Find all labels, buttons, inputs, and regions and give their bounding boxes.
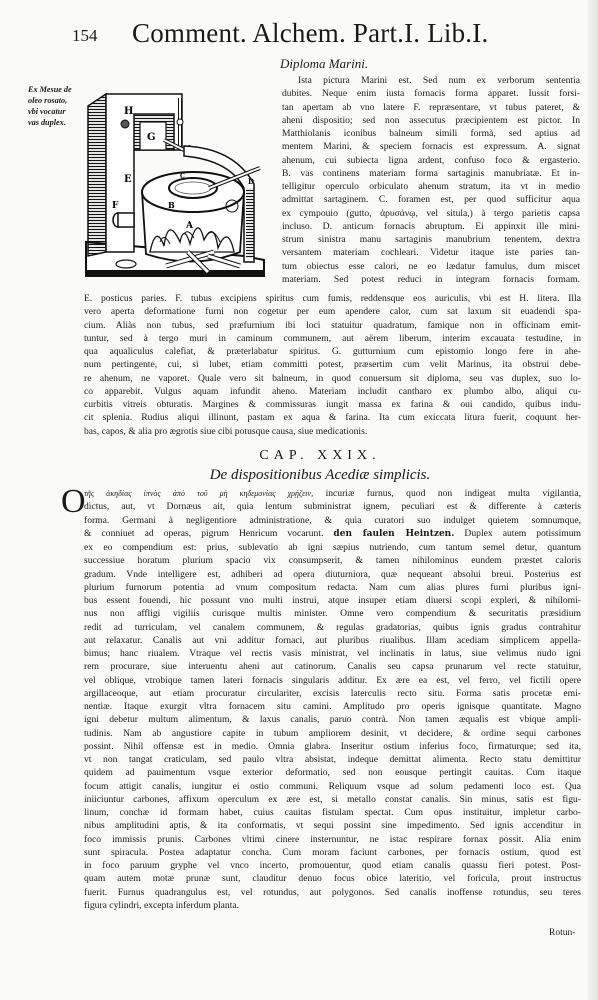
book-page: 154 Comment. Alchem. Part.I. Lib.I. Dipl…: [0, 0, 598, 1000]
text-line: foco immissis prunis. Carbones vltimi ci…: [84, 833, 581, 846]
text-line: vero aperta deformatione furni non coget…: [84, 305, 581, 318]
paragraph-diploma-marini: Ista pictura Marini est. Sed num ex verb…: [282, 74, 580, 286]
text-line: redit ad turriculam, vel canalem commune…: [84, 621, 581, 634]
text-line: ex cympouio (gutto, ἀρυσάνῳ, vel situla,…: [282, 207, 580, 220]
text-line: & conniuet ad operas, pigrum Henricum vo…: [84, 527, 581, 541]
text-line: strum sinistra manu sartaginis manubrium…: [282, 233, 580, 246]
text-line: co apparebit. Vulgus aquam infundit ahen…: [84, 385, 581, 398]
svg-text:E: E: [124, 174, 132, 185]
svg-text:A: A: [185, 221, 194, 231]
text-line: vt non tangat craticulam, sed paulo vltr…: [84, 753, 581, 766]
margin-note-line: Ex Mesue de: [28, 84, 92, 95]
drop-cap: O: [61, 487, 86, 517]
text-segment: & conniuet ad operas, pigrum Henricum vo…: [84, 528, 323, 539]
svg-text:D: D: [248, 177, 254, 186]
text-line: admittat sartaginem. C. foramen est, per…: [282, 193, 580, 206]
text-line: telligitur operculo orbiculato ahenum st…: [282, 180, 580, 193]
text-line: iniiciuntur carbones, affixum operculum …: [84, 793, 581, 806]
text-line: vel oblique, vtrobique tamen lateri forn…: [84, 674, 581, 687]
text-line: Ista pictura Marini est. Sed num ex verb…: [282, 74, 580, 87]
text-line: curbitis vitreis obturatis. Margines & c…: [84, 398, 581, 411]
text-line: tum obiectus esse calori, ne eo lædatur …: [282, 260, 580, 273]
text-line: ahenum, cui subiecta ligna ardent, confu…: [282, 154, 580, 167]
text-line: focum attigit canalis, iungitur ei ostio…: [84, 780, 581, 793]
text-line: re ahenum, ne vaporet. Quale vero sit ba…: [84, 372, 581, 385]
page-header: 154 Comment. Alchem. Part.I. Lib.I.: [72, 18, 542, 52]
text-line: E. posticus paries. F. tubus excipiens s…: [84, 292, 581, 305]
svg-text:F: F: [112, 201, 119, 211]
running-head: Comment. Alchem. Part.I. Lib.I.: [132, 18, 488, 49]
text-line: gradum. Vnde intelligere est, adhiberi a…: [84, 568, 581, 581]
chapter-heading: CAP. XXIX.: [60, 448, 580, 464]
svg-text:C: C: [180, 173, 185, 180]
chapter-title: De dispositionibus Acediæ simplicis.: [60, 467, 580, 484]
text-line: igni debetur multum alimentum, & laxus c…: [84, 713, 581, 726]
text-line: forma. Germani à negligentiore administr…: [84, 514, 581, 527]
text-line: in foco paruum gryphe vel vnco incerto, …: [84, 859, 581, 872]
text-line: bas, capos, & alia pro ægrotis siue cibi…: [84, 425, 581, 438]
text-line: tudinis. Nam ab angustiore capite in tub…: [84, 727, 581, 740]
text-line: possint. Nihil offensæ est in medio. Omn…: [84, 740, 581, 753]
catchword: Rotun-: [549, 928, 575, 938]
text-line: B. vas continens materiam forma sartagin…: [282, 167, 580, 180]
text-line: dictus, aut, vt Dornæus ait, quia lentum…: [84, 500, 581, 513]
text-line: incluso. D. anticum fornacis abruptum. E…: [282, 220, 580, 233]
greek-phrase: τῆς ἀκηδίας ἰπνὸς ἀπὸ τοῦ μὴ κηδεμονίας …: [84, 489, 313, 498]
text-segment: Duplex autem potissimum: [464, 528, 581, 539]
text-line: sunt spiracula. Postea adaptatur concha.…: [84, 846, 581, 859]
text-line: figura cylindri, excepta inferdum planta…: [84, 899, 581, 912]
text-line: versantem materiam cochleari. Videtur it…: [282, 246, 580, 259]
text-line: ex eo compendium est: prius, sublevatio …: [84, 541, 581, 554]
text-line: num pertingente, cui, si lubet, etiam co…: [84, 358, 581, 371]
text-line: bus essent fouendi, hic possunt vno mult…: [84, 594, 581, 607]
text-line: materiam. Sed potest reduci in integram …: [282, 273, 580, 286]
text-line: nentiæ. Itaque exurgit vltra fornacem si…: [84, 700, 581, 713]
text-line: fuerit. Furnus quadrangulus est, vel rot…: [84, 886, 581, 899]
text-line: qua aqualiculus calefiat, & præterlabatu…: [84, 345, 581, 358]
margin-note-line: oleo rosato,: [28, 95, 92, 106]
text-line: tan apertam ab vno latere F. repræsentar…: [282, 101, 580, 114]
text-line: aheni dispositio; sed non assecutus præc…: [282, 114, 580, 127]
text-line: τῆς ἀκηδίας ἰπνὸς ἀπὸ τοῦ μὴ κηδεμονίας …: [84, 487, 581, 500]
text-line: Matthiolanis iconibus balneum simili for…: [282, 127, 580, 140]
text-line: rem procurare, siue interuentu aheni aut…: [84, 660, 581, 673]
text-line: quidem ad pauimentum vsque exterior defo…: [84, 766, 581, 779]
section-title: Diploma Marini.: [280, 56, 368, 72]
paragraph-acedia: τῆς ἀκηδίας ἰπνὸς ἀπὸ τοῦ μὴ κηδεμονίας …: [84, 487, 581, 912]
text-line: successiue horatum plurium spacio vix co…: [84, 554, 581, 567]
text-line: mentem Marini, & speciem fornacis est ex…: [282, 140, 580, 153]
svg-text:H: H: [124, 106, 133, 117]
text-line: cit splenia. Rudius aliqui illinunt, pas…: [84, 411, 581, 424]
page-edge-shadow: [588, 0, 598, 1000]
svg-text:G: G: [147, 132, 156, 143]
text-line: plurium furnorum potentia ad vnum compos…: [84, 581, 581, 594]
paragraph-furnace-parts: E. posticus paries. F. tubus excipiens s…: [84, 292, 581, 438]
text-line: dubites. Neque enim iusta fornacis forma…: [282, 87, 580, 100]
text-line: bimus; hanc riualem. Vtraque vel rectis …: [84, 647, 581, 660]
text-line: cium. Aliàs non tubus, sed præfurnium ib…: [84, 319, 581, 332]
margin-note-line: vbi vocatur: [28, 106, 92, 117]
page-number: 154: [72, 26, 98, 46]
margin-note: Ex Mesue de oleo rosato, vbi vocatur vas…: [28, 84, 92, 128]
text-line: aut relaxatur. Canalis aut vni additur f…: [84, 634, 581, 647]
text-line: quam autem motæ prunæ sunt, clauditur de…: [84, 872, 581, 885]
svg-text:B: B: [168, 200, 175, 210]
furnace-illustration-icon: G H I D E F C B: [84, 84, 274, 284]
text-segment: incuriæ furnus, quod non indigeat multa …: [326, 488, 581, 499]
text-line: tuntur, sed à tergo muri in caminum comm…: [84, 332, 581, 345]
text-line: argillaceoque, aut etiam procuratur circ…: [84, 687, 581, 700]
text-line: nibus amplitudini aptis, & ita conformat…: [84, 819, 581, 832]
text-line: linum, conchæ id formam habet, cuius cau…: [84, 806, 581, 819]
margin-note-line: vas duplex.: [28, 117, 92, 128]
furnace-woodcut-figure: G H I D E F C B: [84, 84, 274, 284]
text-line: nus non affligi vigiliis curisque multis…: [84, 607, 581, 620]
german-phrase: den faulen Heintzen.: [333, 529, 454, 539]
